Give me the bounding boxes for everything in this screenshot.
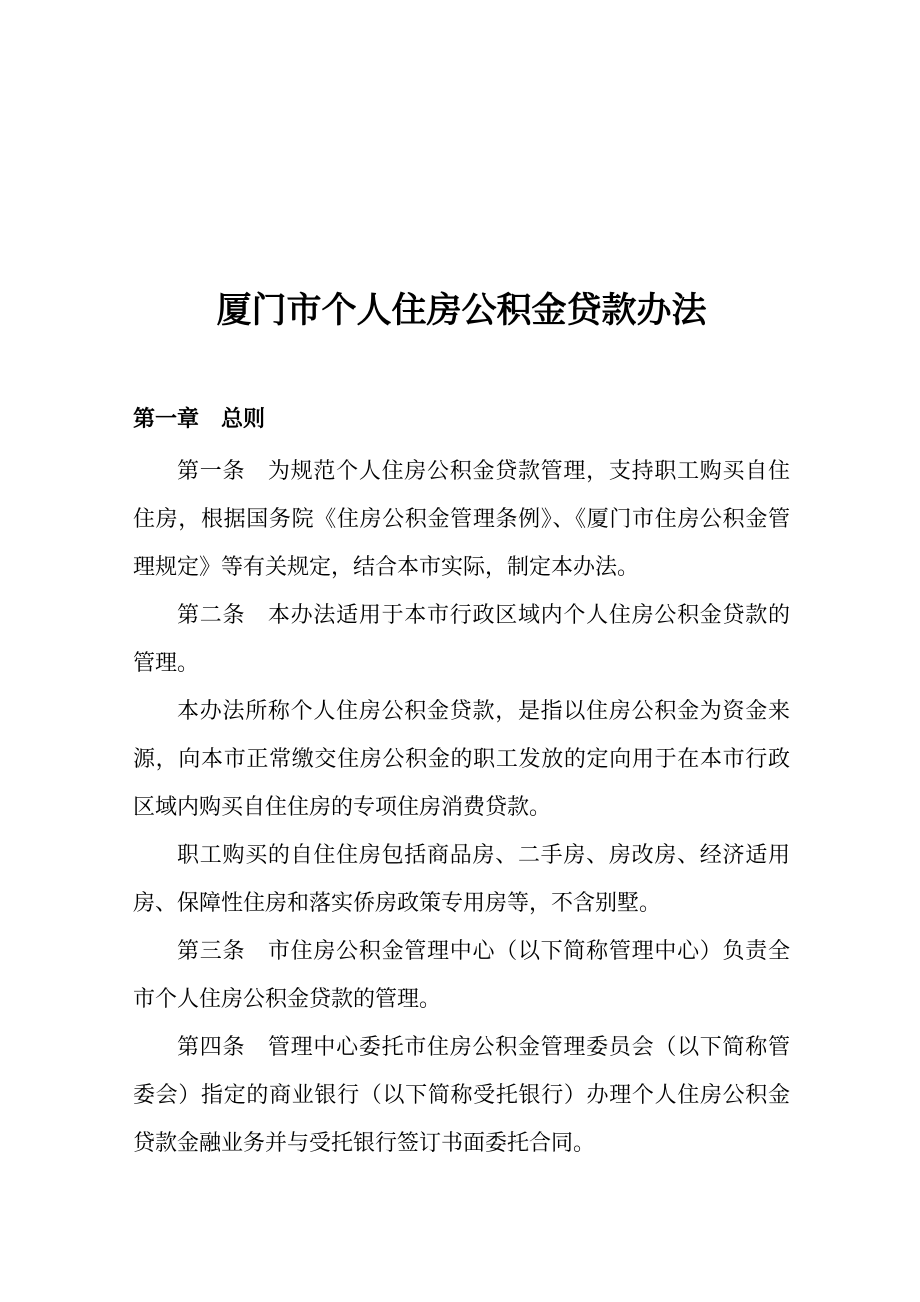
paragraph: 第二条 本办法适用于本市行政区域内个人住房公积金贷款的管理。: [133, 592, 790, 688]
paragraph: 第三条 市住房公积金管理中心（以下简称管理中心）负责全市个人住房公积金贷款的管理…: [133, 928, 790, 1024]
paragraph: 第四条 管理中心委托市住房公积金管理委员会（以下简称管委会）指定的商业银行（以下…: [133, 1024, 790, 1168]
paragraph: 本办法所称个人住房公积金贷款，是指以住房公积金为资金来源，向本市正常缴交住房公积…: [133, 688, 790, 832]
document-title: 厦门市个人住房公积金贷款办法: [133, 0, 790, 334]
paragraph: 第一条 为规范个人住房公积金贷款管理，支持职工购买自住住房，根据国务院《住房公积…: [133, 448, 790, 592]
document-body: 第一条 为规范个人住房公积金贷款管理，支持职工购买自住住房，根据国务院《住房公积…: [133, 448, 790, 1168]
chapter-heading: 第一章 总则: [133, 404, 790, 434]
document-page: 厦门市个人住房公积金贷款办法 第一章 总则 第一条 为规范个人住房公积金贷款管理…: [0, 0, 920, 1302]
paragraph: 职工购买的自住住房包括商品房、二手房、房改房、经济适用房、保障性住房和落实侨房政…: [133, 832, 790, 928]
